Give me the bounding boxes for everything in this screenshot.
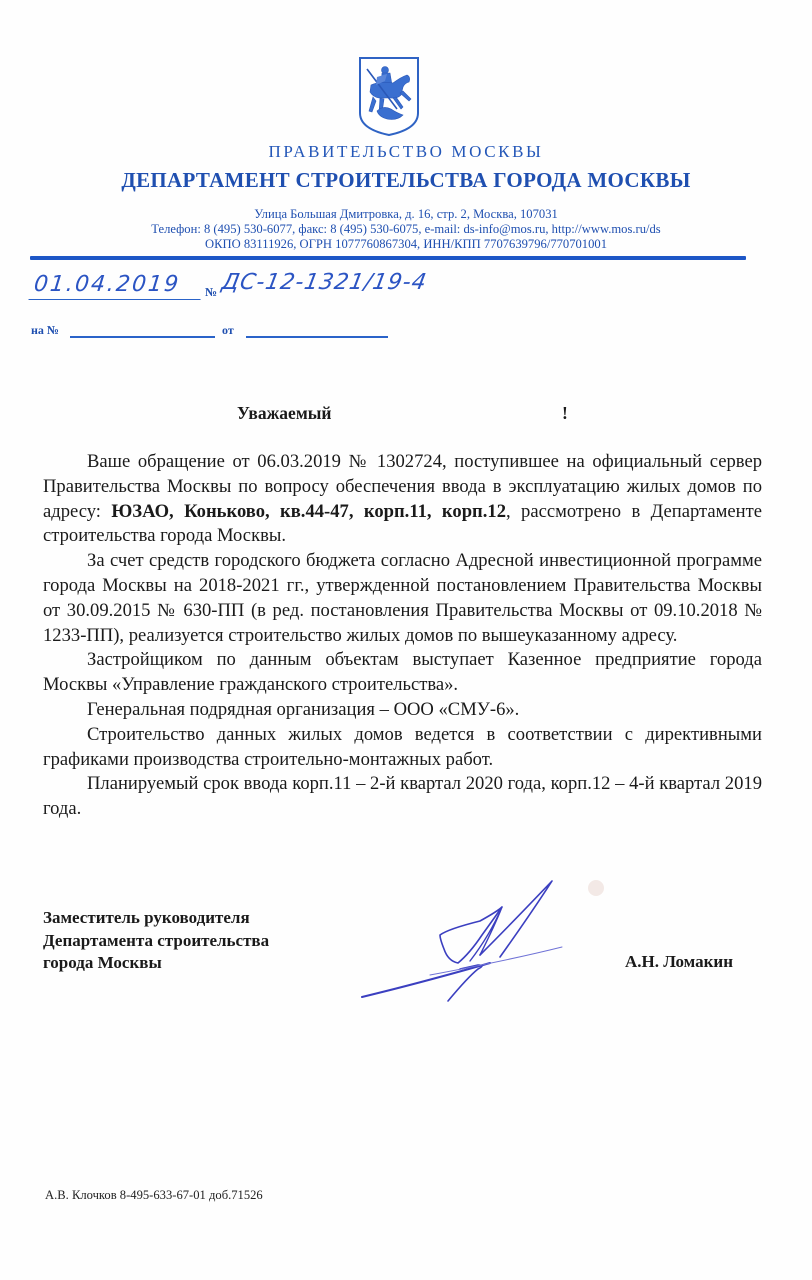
signatory-role-line: города Москвы	[43, 952, 269, 975]
government-title: ПРАВИТЕЛЬСТВО МОСКВЫ	[0, 142, 812, 162]
address-highlight: ЮЗАО, Коньково, кв.44-47, корп.11, корп.…	[111, 501, 506, 522]
signatory-role-line: Департамента строительства	[43, 930, 269, 953]
handwritten-signature-icon	[330, 865, 630, 1005]
letterhead-divider	[30, 256, 746, 260]
reference-number-blank	[70, 336, 215, 338]
reference-date-label: от	[222, 323, 234, 338]
executor-contact: А.В. Клочков 8-495-633-67-01 доб.71526	[45, 1188, 263, 1203]
letter-page: ПРАВИТЕЛЬСТВО МОСКВЫ ДЕПАРТАМЕНТ СТРОИТЕ…	[0, 0, 812, 1280]
reference-number-label: на №	[31, 323, 59, 338]
paragraph-completion-dates: Планируемый срок ввода корп.11 – 2-й ква…	[43, 772, 762, 822]
department-address: Улица Большая Дмитровка, д. 16, стр. 2, …	[0, 207, 812, 222]
signatory-role-line: Заместитель руководителя	[43, 907, 269, 930]
outgoing-date: 01.04.2019	[28, 271, 203, 300]
paragraph-request: Ваше обращение от 06.03.2019 № 1302724, …	[43, 450, 762, 549]
department-contacts: Телефон: 8 (495) 530-6077, факс: 8 (495)…	[0, 222, 812, 237]
signatory-role: Заместитель руководителя Департамента ст…	[43, 907, 269, 975]
paragraph-developer: Застройщиком по данным объектам выступае…	[43, 648, 762, 698]
outgoing-number: ДС-12-1321/19-4	[220, 270, 429, 295]
outgoing-number-label: №	[205, 285, 217, 300]
department-registry-codes: ОКПО 83111926, ОГРН 1077760867304, ИНН/К…	[0, 237, 812, 252]
moscow-coat-of-arms-icon	[357, 55, 421, 137]
reference-date-blank	[246, 336, 388, 338]
paragraph-schedule: Строительство данных жилых домов ведется…	[43, 723, 762, 773]
greeting-exclamation: !	[562, 403, 568, 424]
signatory-name: А.Н. Ломакин	[625, 952, 733, 972]
paragraph-funding: За счет средств городского бюджета согла…	[43, 549, 762, 648]
letter-body: Ваше обращение от 06.03.2019 № 1302724, …	[43, 450, 762, 822]
paragraph-contractor: Генеральная подрядная организация – ООО …	[43, 698, 762, 723]
greeting-salutation: Уважаемый	[237, 403, 331, 424]
department-title: ДЕПАРТАМЕНТ СТРОИТЕЛЬСТВА ГОРОДА МОСКВЫ	[0, 168, 812, 193]
